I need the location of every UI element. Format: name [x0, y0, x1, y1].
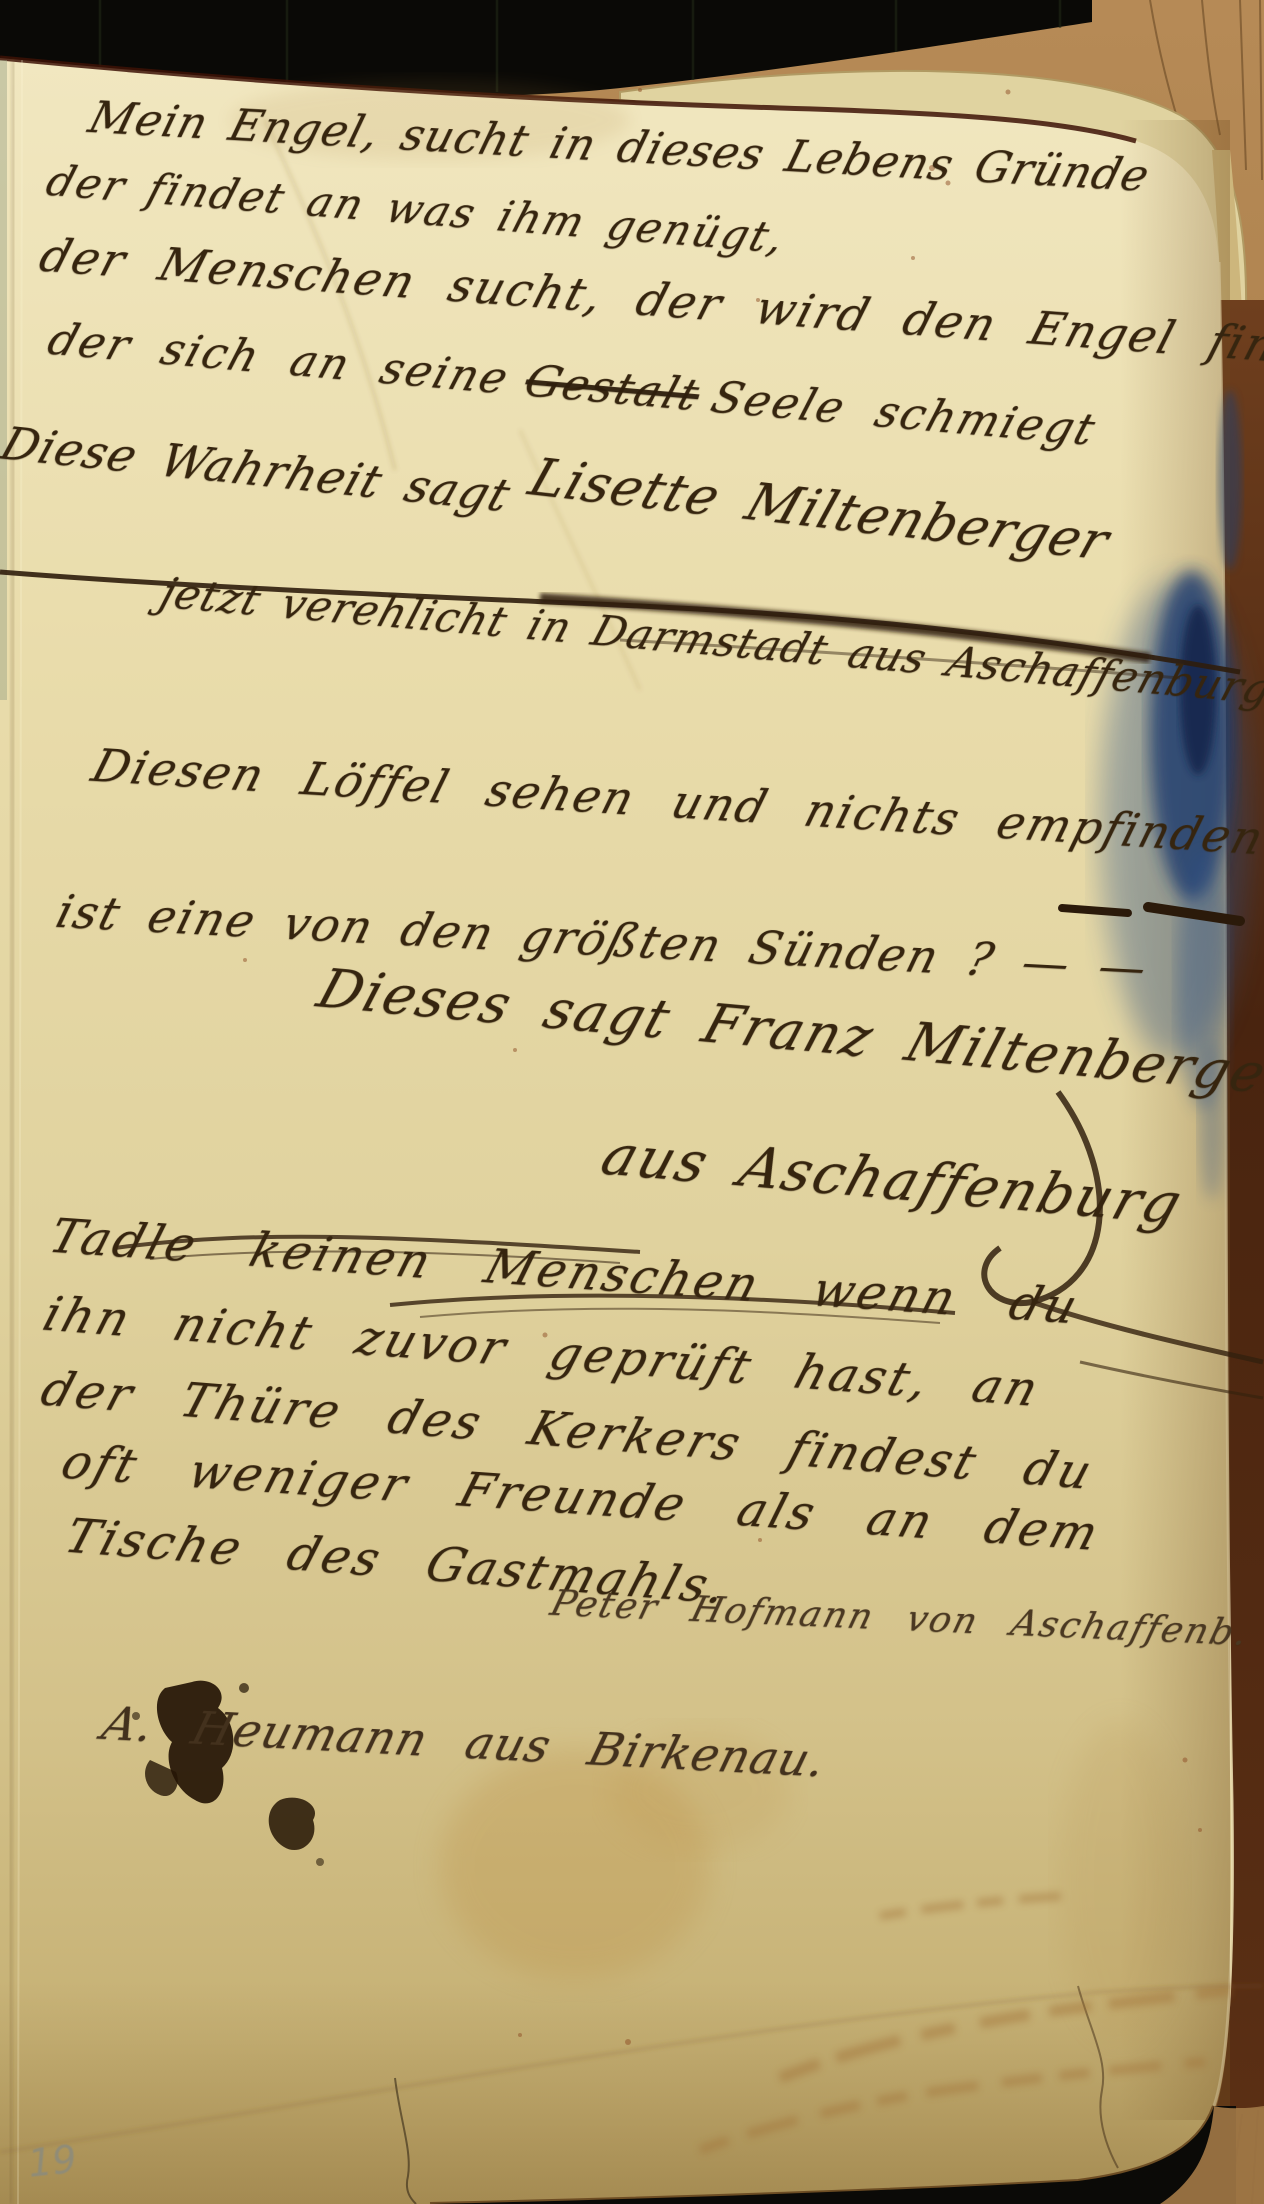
left-sliver [0, 60, 7, 700]
page-bottom-shading [0, 1980, 1230, 2204]
manuscript-photo: Mein Engel, sucht in dieses Lebens Gründ… [0, 0, 1264, 2204]
pencil-page-number: 19 [26, 2137, 79, 2186]
